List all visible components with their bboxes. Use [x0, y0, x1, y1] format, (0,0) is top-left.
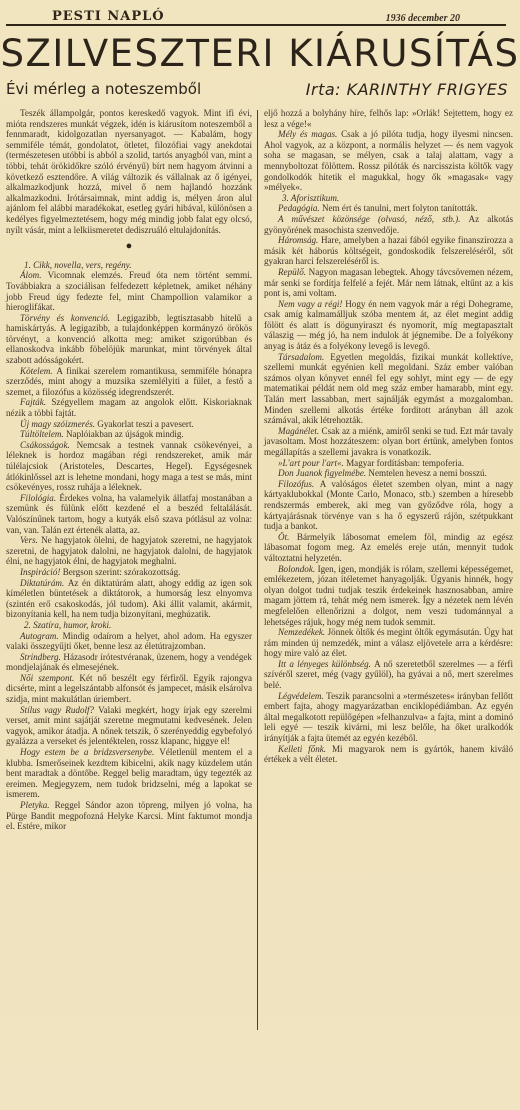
article-paragraph: Don Juanok figyelmébe. Nemtelen hevesz a…: [264, 468, 513, 479]
article-paragraph: Repülő. Nagyon magasan lebegtek. Ahogy t…: [264, 267, 513, 299]
article-paragraph: Mély és magas. Csak a jó pilóta tudja, h…: [264, 129, 513, 193]
paragraph-lead: Itt a lényeges különbség.: [278, 659, 374, 669]
paragraph-lead: Női szempont.: [20, 673, 79, 683]
paragraph-lead: Filológia.: [20, 493, 59, 503]
article-paragraph: Társadalom. Egyetlen megoldás, fizikai m…: [264, 352, 513, 426]
article-paragraph: Hogy estem be a bridzsversenybe. Véletle…: [6, 747, 252, 800]
paragraph-text: Naplóiakban az újságok mindig.: [66, 429, 184, 439]
article-paragraph: Diktatúrám. Az én diktatúrám alatt, ahog…: [6, 578, 252, 620]
paragraph-lead: Öt.: [278, 532, 297, 542]
paragraph-lead: Légvédelem.: [278, 691, 326, 701]
article-paragraph: Bolondok. Igen, igen, mondják is rólam, …: [264, 564, 513, 628]
article-paragraph: Filológia. Érdekes volna, ha valamelyik …: [6, 493, 252, 535]
article-paragraph: Nem vagy a régi! Hogy én nem vagyok már …: [264, 299, 513, 352]
paragraph-lead: Autogram.: [20, 631, 63, 641]
article-headline: SZILVESZTERI KIÁRUSÍTÁS: [0, 32, 520, 76]
paragraph-lead: Filozófus.: [278, 479, 320, 489]
paragraph-text: Teszék állampolgár, pontos kereskedő vag…: [6, 108, 252, 235]
article-paragraph: Csákosságok. Nemcsak a testnek vannak cs…: [6, 440, 252, 493]
article-paragraph: Vers. Ne hagyjatok ölelni, de hagyjatok …: [6, 535, 252, 567]
paragraph-text: Bergson szerint: szórakozottság.: [63, 567, 181, 577]
paragraph-text: Nem ért és tanulni, mert folyton tanítot…: [322, 203, 478, 213]
right-column: eljő hozzá a bolyhány híre, felhős lap: …: [264, 108, 513, 765]
newspaper-page: PESTI NAPLÓ 1936 december 20 SZILVESZTER…: [0, 0, 520, 1110]
paragraph-text: Magyar fordításban: tempoferia.: [346, 458, 464, 468]
paragraph-lead: Vers.: [20, 535, 41, 545]
article-paragraph: »L'art pour l'art«. Magyar fordításban: …: [264, 458, 513, 469]
article-paragraph: Légvédelem. Teszik parancsolni a »termés…: [264, 691, 513, 744]
paragraph-lead: Diktatúrám.: [20, 578, 68, 588]
masthead: PESTI NAPLÓ 1936 december 20: [52, 6, 500, 24]
paragraph-lead: Magánélet.: [278, 426, 322, 436]
paragraph-lead: Álom.: [20, 270, 48, 280]
newspaper-name: PESTI NAPLÓ: [52, 9, 165, 24]
paragraph-lead: »L'art pour l'art«.: [278, 458, 346, 468]
paragraph-lead: Társadalom.: [278, 352, 330, 362]
article-paragraph: Öt. Bármelyik lábosomat emelem föl, mind…: [264, 532, 513, 564]
article-paragraph: Álom. Vicomnak elemzés. Freud óta nem tö…: [6, 270, 252, 312]
paragraph-lead: Pletyka.: [20, 800, 55, 810]
paragraph-lead: Don Juanok figyelmébe.: [278, 468, 368, 478]
article-paragraph: Inspiráció! Bergson szerint: szórakozott…: [6, 567, 252, 578]
article-paragraph: Magánélet. Csak az a miénk, amiről senki…: [264, 426, 513, 458]
masthead-rule: [6, 24, 506, 26]
article-paragraph: Pedagógia. Nem ért és tanulni, mert foly…: [264, 203, 513, 214]
article-paragraph: Filozófus. A valóságos életet szemben ol…: [264, 479, 513, 532]
article-paragraph: Fajták. Szégyellem magam az angolok előt…: [6, 397, 252, 418]
paragraph-lead: Kelleti főnk.: [278, 744, 332, 754]
section-heading: 2. Szatíra, humor, kroki.: [6, 620, 252, 631]
article-paragraph: Strindberg. Házasodr írótestvéranak, üze…: [6, 652, 252, 673]
article-subline: Évi mérleg a noteszemből Irta: KARINTHY …: [6, 78, 508, 100]
paragraph-text: Gyakorlat teszi a pavesert.: [97, 419, 193, 429]
article-subtitle: Évi mérleg a noteszemből: [6, 80, 201, 98]
paragraph-text: Egyetlen megoldás, fizikai munkát kollek…: [264, 352, 513, 426]
article-paragraph: Új magy szóizmerés. Gyakorlat teszi a pa…: [6, 419, 252, 430]
paragraph-lead: A művészet közönsége (olvasó, néző, stb.…: [278, 214, 469, 224]
article-paragraph: Háromság. Hare, amelyben a hazai fából e…: [264, 235, 513, 267]
article-paragraph: Kötelem. A finikai szerelem romantikusa,…: [6, 366, 252, 398]
paragraph-lead: Hogy estem be a bridzsversenybe.: [20, 747, 159, 757]
article-paragraph: Teszék állampolgár, pontos kereskedő vag…: [6, 108, 252, 235]
article-paragraph: Túltöltelem. Naplóiakban az újságok mind…: [6, 429, 252, 440]
article-paragraph: Autogram. Mindig odaírom a helyet, ahol …: [6, 631, 252, 652]
article-paragraph: Stílus vagy Rudolf? Valaki megkért, hogy…: [6, 705, 252, 747]
article-paragraph: Nemzedékek. Jönnek öltők és megint öltők…: [264, 627, 513, 659]
section-separator: ●: [6, 241, 252, 252]
article-paragraph: Itt a lényeges különbség. A nő szeretetb…: [264, 659, 513, 691]
section-heading: 1. Cikk, novella, vers, regény.: [6, 260, 252, 271]
left-column: Teszék állampolgár, pontos kereskedő vag…: [6, 108, 252, 832]
paragraph-lead: Inspiráció!: [20, 567, 63, 577]
paragraph-lead: Strindberg.: [20, 652, 63, 662]
article-paragraph: Pletyka. Reggel Sándor azon töpreng, mil…: [6, 800, 252, 832]
issue-date: 1936 december 20: [386, 13, 460, 24]
paragraph-lead: Nem vagy a régi!: [278, 299, 345, 309]
article-paragraph: eljő hozzá a bolyhány híre, felhős lap: …: [264, 108, 513, 129]
paragraph-lead: Stílus vagy Rudolf?: [20, 705, 98, 715]
article-byline: Irta: KARINTHY FRIGYES: [306, 80, 508, 99]
paragraph-lead: Fajták.: [20, 397, 51, 407]
paragraph-text: Ne hagyjatok ölelni, de hagyjatok szeret…: [6, 535, 252, 566]
paragraph-lead: Kötelem.: [20, 366, 56, 376]
section-heading: 3. Aforisztikum.: [264, 193, 513, 204]
paragraph-lead: Nemzedékek.: [278, 627, 328, 637]
article-paragraph: Női szempont. Két nő beszélt egy férfirő…: [6, 673, 252, 705]
article-paragraph: Törvény és konvenció. Legigazibb, legtis…: [6, 313, 252, 366]
paragraph-lead: Pedagógia.: [278, 203, 322, 213]
paragraph-lead: Új magy szóizmerés.: [20, 419, 97, 429]
article-paragraph: Kelleti főnk. Mi magyarok nem is gyártók…: [264, 744, 513, 765]
paragraph-lead: Mély és magas.: [278, 129, 341, 139]
article-paragraph: A művészet közönsége (olvasó, néző, stb.…: [264, 214, 513, 235]
paragraph-lead: Háromság.: [278, 235, 321, 245]
paragraph-lead: Törvény és konvenció.: [20, 313, 117, 323]
paragraph-lead: Túltöltelem.: [20, 429, 66, 439]
paragraph-lead: Bolondok.: [278, 564, 318, 574]
paragraph-text: Bármelyik lábosomat emelem föl, mindig a…: [264, 532, 513, 563]
column-divider: [257, 110, 258, 1030]
paragraph-lead: Csákosságok.: [20, 440, 77, 450]
paragraph-text: eljő hozzá a bolyhány híre, felhős lap: …: [264, 108, 513, 129]
paragraph-lead: Repülő.: [278, 267, 309, 277]
paragraph-text: Nemtelen hevesz a nemi bosszú.: [368, 468, 486, 478]
